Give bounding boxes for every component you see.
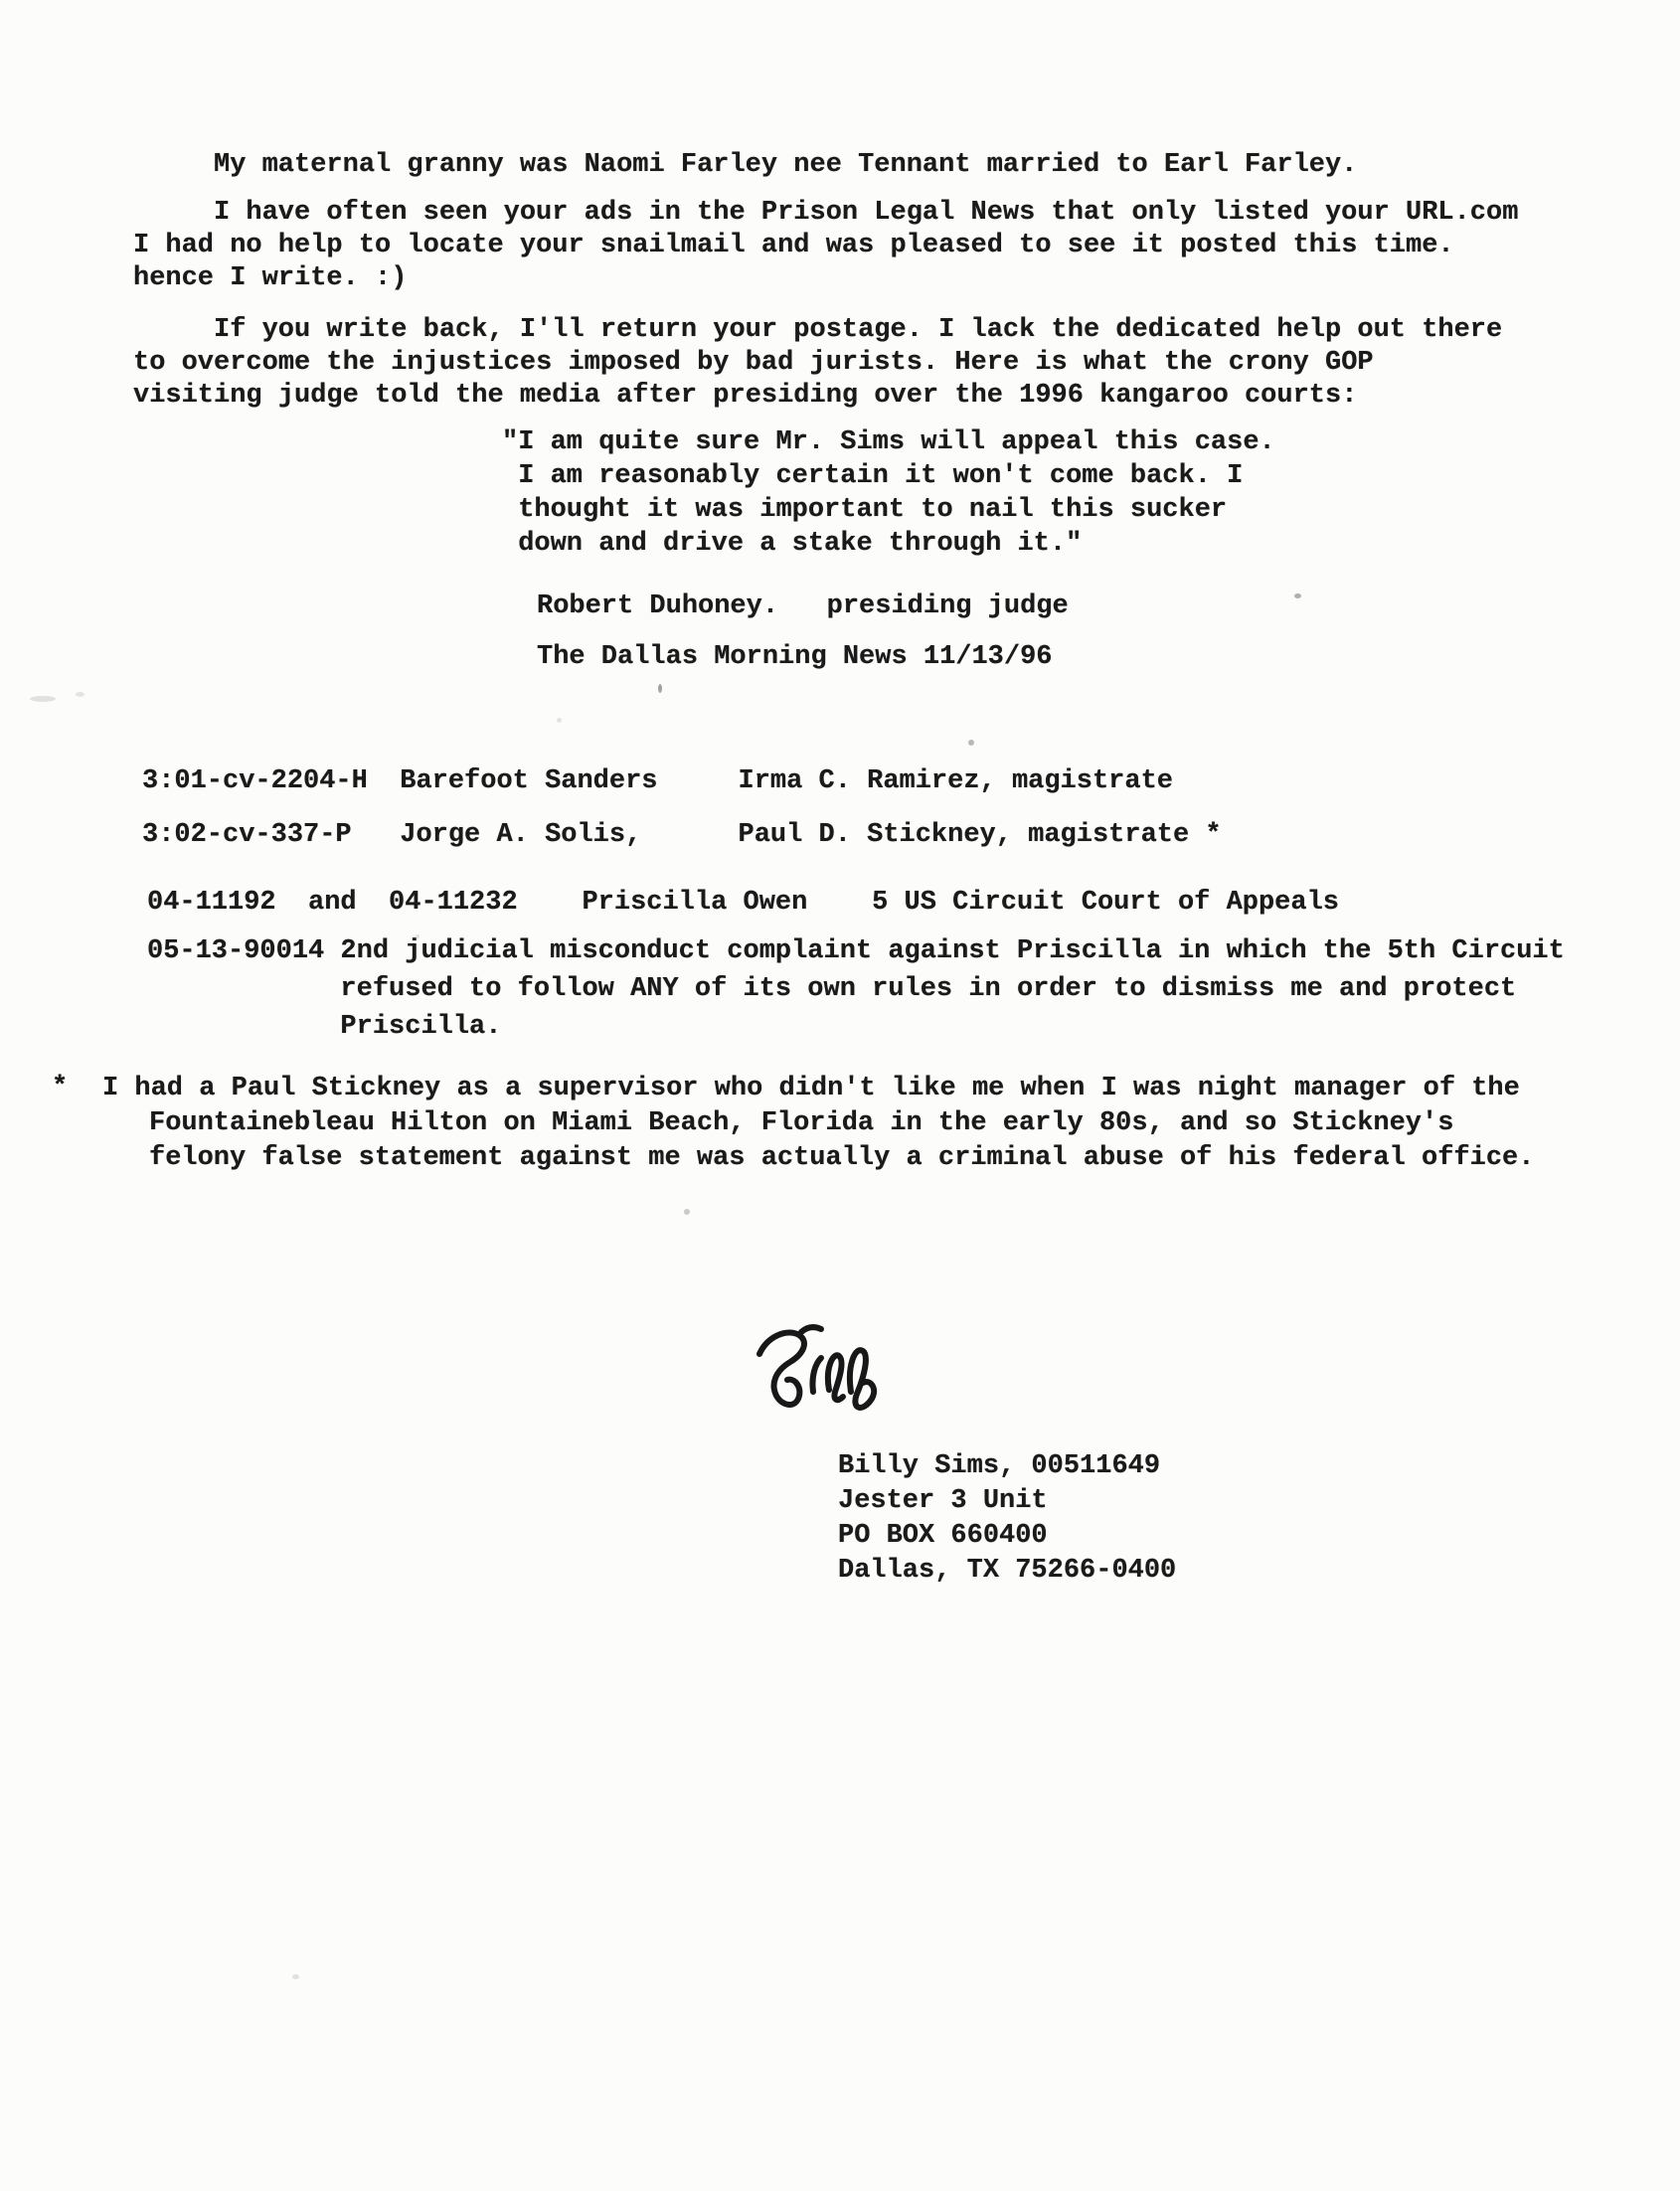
sender-pobox-line: PO BOX 660400 (838, 1519, 1176, 1554)
text-line: I had no help to locate your snailmail a… (133, 230, 1518, 262)
footnote-line: Fountainebleau Hilton on Miami Beach, Fl… (102, 1106, 1534, 1141)
scanned-letter-page: My maternal granny was Naomi Farley nee … (0, 0, 1680, 2191)
sender-unit-line: Jester 3 Unit (838, 1484, 1176, 1519)
footnote: I had a Paul Stickney as a supervisor wh… (102, 1072, 1534, 1176)
handwritten-signature (752, 1318, 891, 1418)
scan-artifact (557, 718, 562, 723)
case-line: 3:02-cv-337-P Jorge A. Solis, Paul D. St… (142, 819, 1222, 852)
complaint-line: Priscilla. (147, 1008, 1565, 1046)
complaint-line: 05-13-90014 2nd judicial misconduct comp… (147, 932, 1565, 970)
complaint-line: refused to follow ANY of its own rules i… (147, 970, 1565, 1008)
text-line: visiting judge told the media after pres… (133, 380, 1502, 413)
case-row-1: 3:01-cv-2204-H Barefoot Sanders Irma C. … (142, 765, 1173, 798)
scan-artifact (30, 696, 56, 702)
scan-artifact (658, 684, 662, 693)
scan-artifact (968, 740, 974, 746)
sender-name-line: Billy Sims, 00511649 (838, 1449, 1176, 1484)
footnote-line: felony false statement against me was ac… (102, 1141, 1534, 1176)
quote-attribution: Robert Duhoney. presiding judge (537, 590, 1069, 623)
text-line: I have often seen your ads in the Prison… (133, 197, 1518, 230)
asterisk: * (52, 1072, 68, 1104)
quote-source: The Dallas Morning News 11/13/96 (537, 641, 1052, 674)
quote-line: "I am quite sure Mr. Sims will appeal th… (502, 425, 1275, 459)
text-line: My maternal granny was Naomi Farley nee … (214, 149, 1357, 182)
complaint-block: 05-13-90014 2nd judicial misconduct comp… (147, 932, 1565, 1046)
quote-line: I am reasonably certain it won't come ba… (502, 459, 1275, 493)
scan-artifact (684, 1209, 690, 1215)
case-line: 04-11192 and 04-11232 Priscilla Owen 5 U… (147, 887, 1339, 920)
scan-artifact (292, 1974, 299, 1979)
case-line: 3:01-cv-2204-H Barefoot Sanders Irma C. … (142, 765, 1173, 798)
paragraph-granny: My maternal granny was Naomi Farley nee … (214, 149, 1357, 182)
scan-artifact (76, 692, 84, 697)
text-line: hence I write. :) (133, 262, 1518, 295)
sender-city-line: Dallas, TX 75266-0400 (838, 1554, 1176, 1589)
pull-quote: "I am quite sure Mr. Sims will appeal th… (502, 425, 1275, 561)
text-line: The Dallas Morning News 11/13/96 (537, 641, 1052, 674)
quote-line: thought it was important to nail this su… (502, 493, 1275, 527)
appeals-row: 04-11192 and 04-11232 Priscilla Owen 5 U… (147, 887, 1339, 920)
text-line: to overcome the injustices imposed by ba… (133, 347, 1502, 380)
paragraph-postage: If you write back, I'll return your post… (133, 314, 1502, 413)
footnote-marker: * (52, 1072, 68, 1104)
paragraph-ads: I have often seen your ads in the Prison… (133, 197, 1518, 295)
footnote-line: I had a Paul Stickney as a supervisor wh… (102, 1072, 1534, 1106)
sender-address-block: Billy Sims, 00511649 Jester 3 Unit PO BO… (838, 1449, 1176, 1589)
quote-line: down and drive a stake through it." (502, 527, 1275, 561)
scan-artifact (1294, 593, 1301, 598)
text-line: Robert Duhoney. presiding judge (537, 590, 1069, 623)
text-line: If you write back, I'll return your post… (133, 314, 1502, 347)
case-row-2: 3:02-cv-337-P Jorge A. Solis, Paul D. St… (142, 819, 1222, 852)
